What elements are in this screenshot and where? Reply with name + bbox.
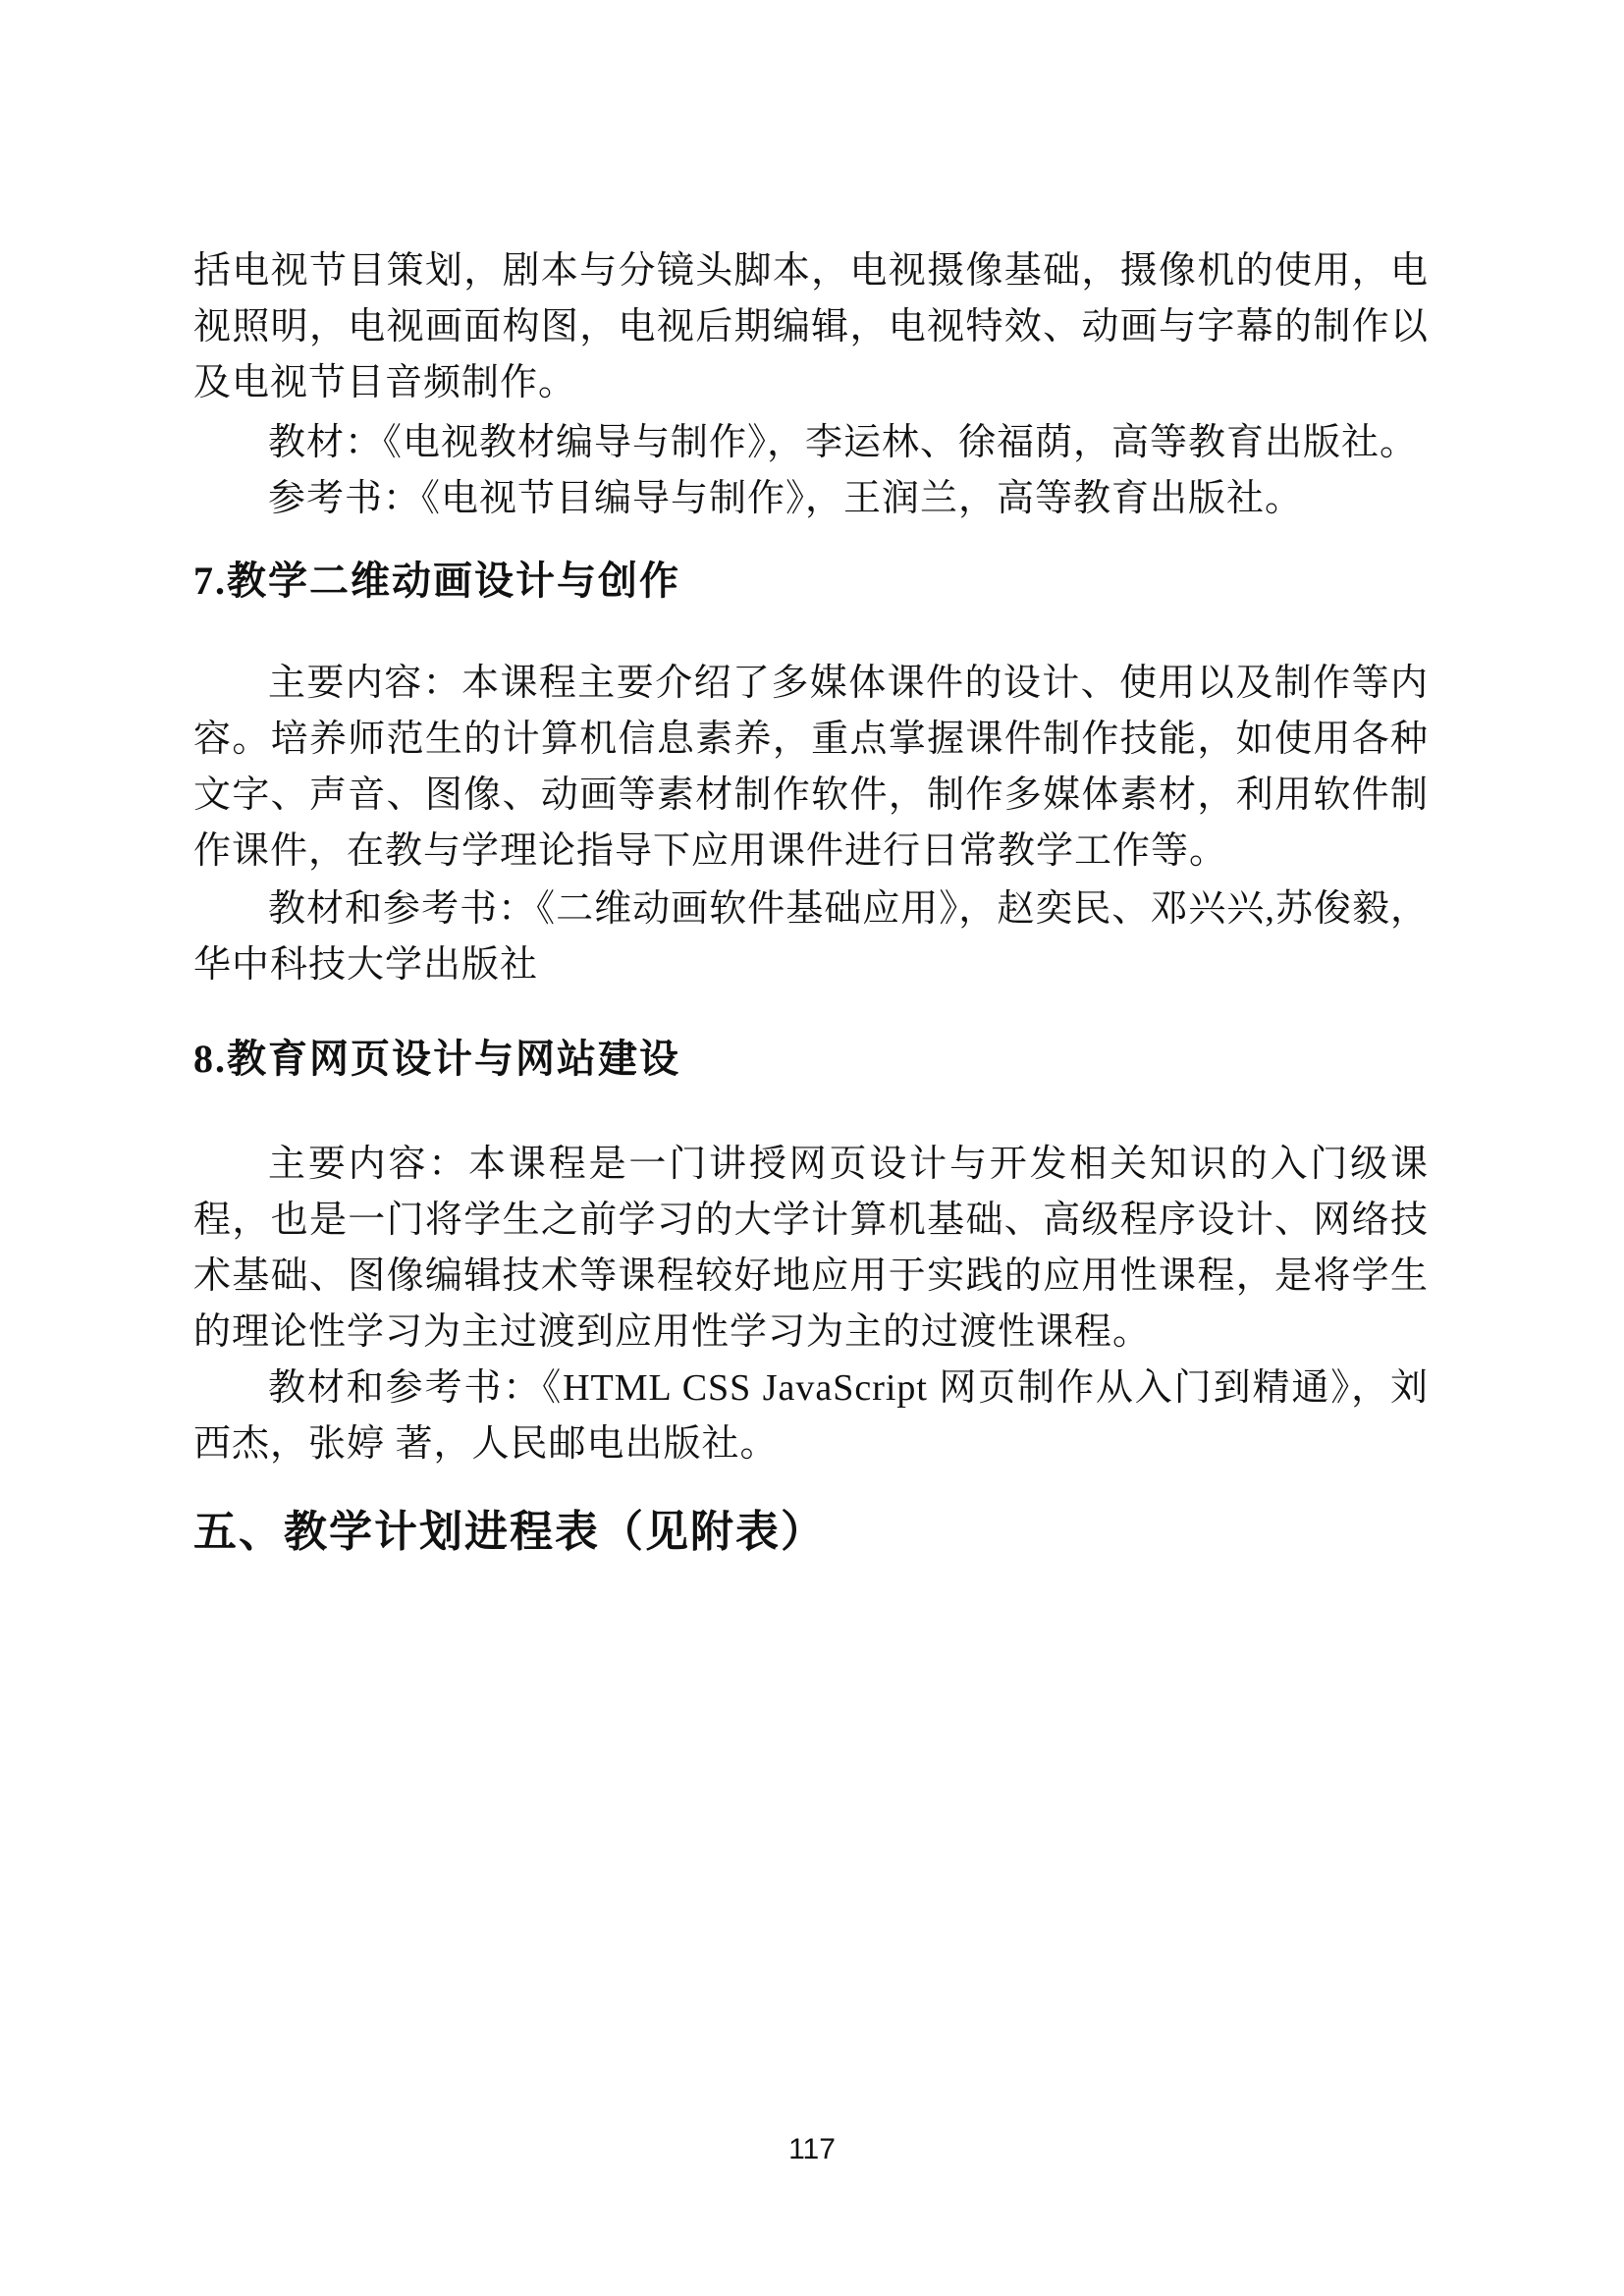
- heading-section-5: 五、教学计划进程表（见附表）: [193, 1506, 1429, 1559]
- heading-course-8: 8.教育网页设计与网站建设: [193, 1035, 1429, 1084]
- paragraph-course-7-content: 主要内容：本课程主要介绍了多媒体课件的设计、使用以及制作等内容。培养师范生的计算…: [193, 656, 1429, 880]
- heading-course-7: 7.教学二维动画设计与创作: [193, 557, 1429, 606]
- page-number: 117: [0, 2132, 1624, 2167]
- document-page: 括电视节目策划，剧本与分镜头脚本，电视摄像基础，摄像机的使用，电视照明，电视画面…: [0, 0, 1624, 2296]
- paragraph-tv-course-continuation: 括电视节目策划，剧本与分镜头脚本，电视摄像基础，摄像机的使用，电视照明，电视画面…: [193, 243, 1429, 411]
- paragraph-course-8-textbook: 教材和参考书：《HTML CSS JavaScript 网页制作从入门到精通》，…: [193, 1361, 1429, 1472]
- paragraph-course-7-textbook: 教材和参考书：《二维动画软件基础应用》，赵奕民、邓兴兴,苏俊毅，华中科技大学出版…: [193, 881, 1429, 993]
- paragraph-course-8-content: 主要内容：本课程是一门讲授网页设计与开发相关知识的入门级课程，也是一门将学生之前…: [193, 1137, 1429, 1361]
- paragraph-tv-reference: 参考书：《电视节目编导与制作》，王润兰，高等教育出版社。: [193, 471, 1429, 527]
- paragraph-tv-textbook: 教材：《电视教材编导与制作》，李运林、徐福荫，高等教育出版社。: [193, 415, 1429, 471]
